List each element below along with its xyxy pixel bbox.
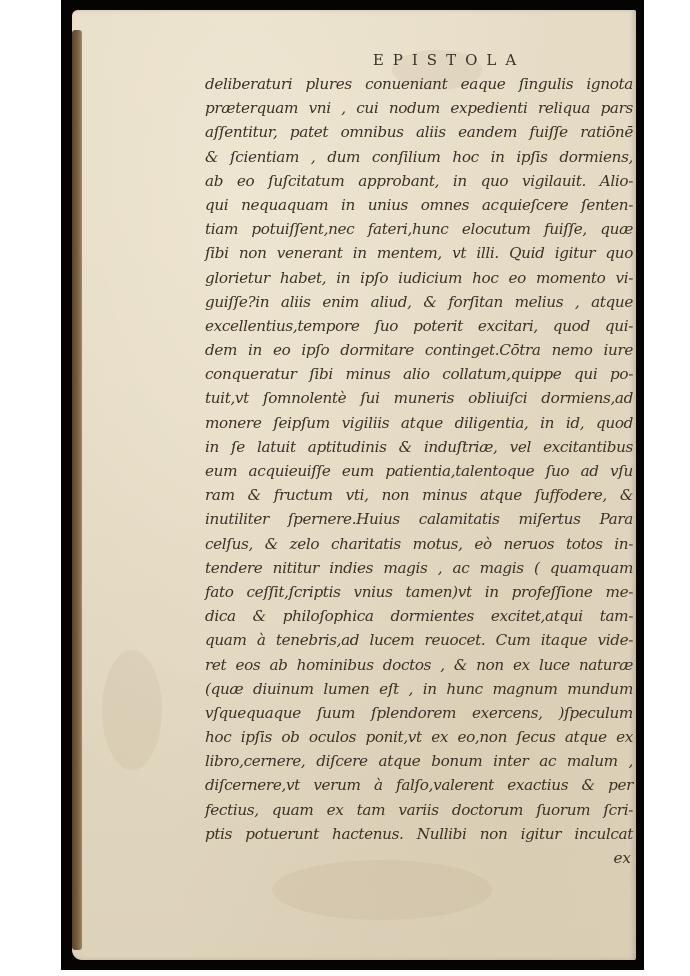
page-spine-edge bbox=[72, 30, 82, 950]
text-line: excellentius,tempore ſuo poterit excitar… bbox=[205, 314, 633, 338]
catchword: ex bbox=[205, 846, 633, 870]
text-line: celſus, & zelo charitatis motus, eò neru… bbox=[205, 532, 633, 556]
text-line: ſibi non venerant in mentem, vt illi. Qu… bbox=[205, 241, 633, 265]
text-line: fato ceſſit,ſcriptis vnius tamen)vt in p… bbox=[205, 580, 633, 604]
text-line: (quæ diuinum lumen eſt , in hunc magnum … bbox=[205, 677, 633, 701]
text-line: conqueratur ſibi minus alio collatum,qui… bbox=[205, 362, 633, 386]
text-line: tiam potuiſſent,nec fateri,hunc elocutum… bbox=[205, 217, 633, 241]
text-line: & ſcientiam , dum conſilium hoc in ipſis… bbox=[205, 145, 633, 169]
text-line: fectius, quam ex tam variis doctorum ſuo… bbox=[205, 798, 633, 822]
text-line: libro,cernere, diſcere atque bonum inter… bbox=[205, 749, 633, 773]
text-line: eum acquieuiſſe eum patientia,talentoque… bbox=[205, 459, 633, 483]
paper-stain bbox=[102, 650, 162, 770]
text-line: dica & philoſophica dormientes excitet,a… bbox=[205, 604, 633, 628]
text-line: præterquam vni , cui nodum expedienti re… bbox=[205, 96, 633, 120]
text-line: vſquequaque ſuum ſplendorem exercens, )ſ… bbox=[205, 701, 633, 725]
text-line: ab eo ſuſcitatum approbant, in quo vigil… bbox=[205, 169, 633, 193]
text-line: ret eos ab hominibus doctos , & non ex l… bbox=[205, 653, 633, 677]
text-line: glorietur habet, in ipſo iudicium hoc eo… bbox=[205, 266, 633, 290]
text-line: qui nequaquam in unius omnes acquieſcere… bbox=[205, 193, 633, 217]
text-line: inutiliter ſpernere.Huius calamitatis mi… bbox=[205, 507, 633, 531]
text-line: in ſe latuit aptitudinis & induſtriæ, ve… bbox=[205, 435, 633, 459]
text-line: hoc ipſis ob oculos ponit,vt ex eo,non ſ… bbox=[205, 725, 633, 749]
text-line: quam à tenebris,ad lucem reuocet. Cum it… bbox=[205, 628, 633, 652]
page-text-block: EPISTOLA deliberaturi plures conueniant … bbox=[205, 48, 633, 870]
text-line: tendere nititur indies magis , ac magis … bbox=[205, 556, 633, 580]
running-head: EPISTOLA bbox=[265, 48, 633, 72]
text-line: guiſſe?in aliis enim aliud, & forſitan m… bbox=[205, 290, 633, 314]
text-line: tuit,vt ſomnolentè ſui muneris obliuiſci… bbox=[205, 386, 633, 410]
text-line: deliberaturi plures conueniant eaque ſin… bbox=[205, 72, 633, 96]
text-line: aſſentitur, patet omnibus aliis eandem f… bbox=[205, 120, 633, 144]
text-line: dem in eo ipſo dormitare continget.Cōtra… bbox=[205, 338, 633, 362]
text-line: ram & fructum vti, non minus atque ſuffo… bbox=[205, 483, 633, 507]
text-line: monere ſeipſum vigiliis atque diligentia… bbox=[205, 411, 633, 435]
text-line: diſcernere,vt verum à falſo,valerent exa… bbox=[205, 773, 633, 797]
text-line: ptis potuerunt hactenus. Nullibi non igi… bbox=[205, 822, 633, 846]
